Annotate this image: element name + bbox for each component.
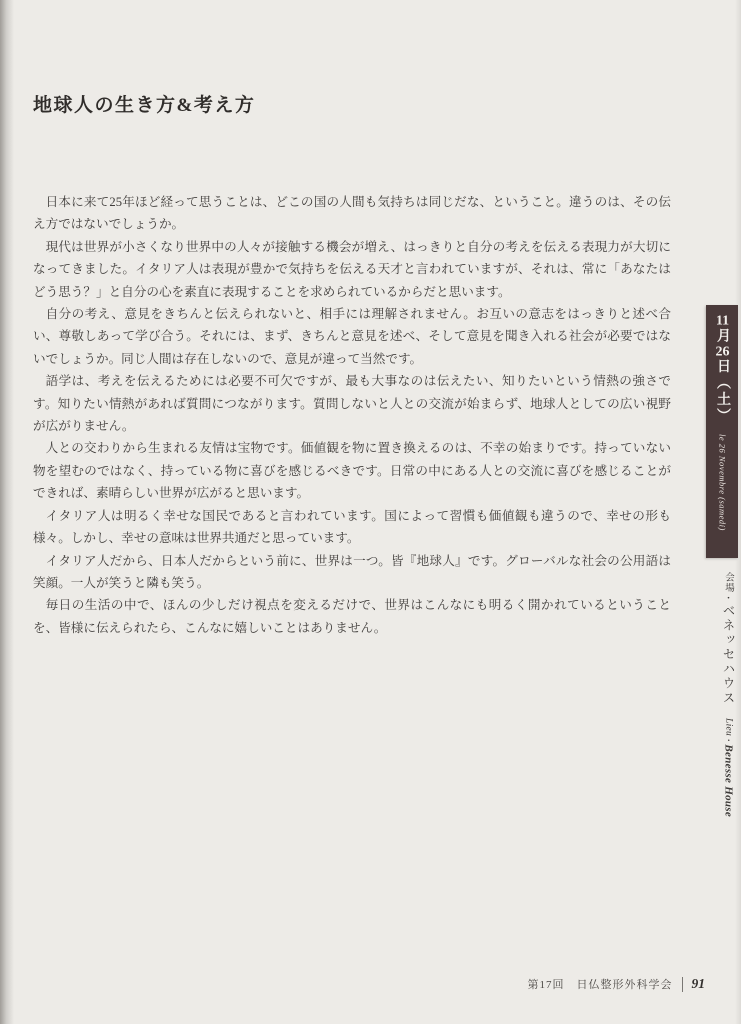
page-number: 91 bbox=[692, 976, 706, 992]
footer-event-title: 第17回 日仏整形外科学会 bbox=[528, 976, 673, 992]
paragraph: 現代は世界が小さくなり世界中の人々が接触する機会が増え、はっきりと自分の考えを伝… bbox=[33, 236, 671, 303]
venue-sidebar: 会場・ベネッセハウス Lieu・Benesse House bbox=[722, 572, 735, 817]
article-body: 日本に来て25年ほど経って思うことは、どこの国の人間も気持ちは同じだな、というこ… bbox=[33, 191, 671, 639]
date-tab-content: 11月26日（土） le 26 Novembre (samedi) bbox=[715, 305, 729, 558]
paragraph: イタリア人だから、日本人だからという前に、世界は一つ。皆『地球人』です。グローバ… bbox=[33, 550, 671, 595]
paragraph: 語学は、考えを伝えるためには必要不可欠ですが、最も大事なのは伝えたい、知りたいと… bbox=[33, 370, 671, 437]
date-french: le 26 Novembre (samedi) bbox=[718, 434, 727, 531]
paragraph: 毎日の生活の中で、ほんの少しだけ視点を変えるだけで、世界はこんなにも明るく開かれ… bbox=[33, 594, 671, 639]
venue-japanese: 会場・ベネッセハウス bbox=[722, 572, 735, 706]
page-footer: 第17回 日仏整形外科学会 91 bbox=[528, 976, 706, 992]
page-title: 地球人の生き方&考え方 bbox=[33, 90, 255, 117]
venue-french: Lieu・Benesse House bbox=[722, 718, 733, 817]
date-japanese: 11月26日（土） bbox=[715, 314, 729, 425]
left-gutter-shadow bbox=[0, 0, 14, 1024]
paragraph: 日本に来て25年ほど経って思うことは、どこの国の人間も気持ちは同じだな、というこ… bbox=[33, 191, 671, 236]
scanned-document-page: 地球人の生き方&考え方 日本に来て25年ほど経って思うことは、どこの国の人間も気… bbox=[0, 0, 741, 1024]
date-tab: 11月26日（土） le 26 Novembre (samedi) bbox=[706, 305, 738, 558]
paragraph: 自分の考え、意見をきちんと伝えられないと、相手には理解されません。お互いの意志を… bbox=[33, 303, 671, 370]
paragraph: 人との交わりから生まれる友情は宝物です。価値観を物に置き換えるのは、不幸の始まり… bbox=[33, 437, 671, 504]
paragraph: イタリア人は明るく幸せな国民であると言われています。国によって習慣も価値観も違う… bbox=[33, 505, 671, 550]
footer-divider bbox=[682, 977, 683, 992]
